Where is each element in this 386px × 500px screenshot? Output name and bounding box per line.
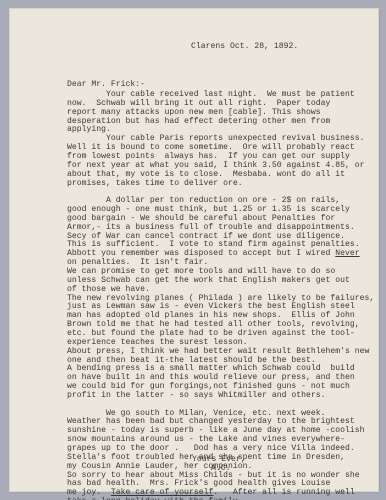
letter-line: We go south to Milan, Venice, etc. next …: [67, 409, 325, 418]
letter-line: applying.: [67, 125, 111, 134]
letter-line: snow mountains around us - the Lake and …: [67, 435, 345, 444]
letter-line: of those we have.: [67, 285, 150, 294]
letter-line: good bargain - We should be careful abou…: [67, 214, 335, 223]
letter-line: on have built in and this would relieve …: [67, 373, 355, 382]
letter-line: promises, takes time to deliver ore.: [67, 179, 243, 188]
letter-line: grapes up to the door . Dod has a very n…: [67, 444, 355, 453]
letter-line: about that, my vote is to close. Mesbaba…: [67, 170, 345, 179]
letter-line: sunshine - today is superb - like a June…: [67, 426, 365, 435]
letter-line: Your cable received last night. We must …: [67, 90, 355, 99]
letter-line: unless Schwab can get the work that Engl…: [67, 276, 350, 285]
letter-line: A dollar per ton reduction on ore - 2$ o…: [67, 196, 340, 205]
letter-line: Your cable Paris reports unexpected revi…: [67, 134, 365, 143]
letter-line: me joy. Take care of yourself. After all…: [67, 488, 355, 497]
letter-line: This is sufficient. I vote to stand firm…: [67, 240, 360, 249]
letter-line: Abbott you remember was disposed to acce…: [67, 249, 360, 258]
salutation: Dear Mr. Frick:-: [67, 80, 145, 89]
underlined-text: Never: [335, 249, 359, 258]
dateline: Clarens Oct. 28, 1892.: [191, 42, 298, 51]
letter-line: About press, I think we had better wait …: [67, 347, 369, 356]
letter-line: Secy of War can cancel contract if we do…: [67, 232, 345, 241]
closing: Yours Ever,: [192, 455, 246, 464]
letter-line: desperation but has had effect detering …: [67, 117, 330, 126]
letter-line: A bending press is a small matter which …: [67, 364, 355, 373]
letter-line: Weather has been bad but changed yesterd…: [67, 417, 355, 426]
letter-page: Clarens Oct. 28, 1892. Dear Mr. Frick:- …: [10, 9, 378, 491]
letter-line: from lowest points always has. If you ca…: [67, 152, 350, 161]
letter-line: one and then beat it-the latest should b…: [67, 356, 316, 365]
letter-line: etc. but found the plate had to be drive…: [67, 329, 355, 338]
letter-line: Brown told me that he had tested all oth…: [67, 320, 360, 329]
letter-line: Armor,- its a business full of trouble a…: [67, 223, 355, 232]
letter-line: We can promise to get more tools and wil…: [67, 267, 335, 276]
letter-line: Well it is bound to come sometime. Ore w…: [67, 143, 355, 152]
letter-line: on penalties. It isn't fair.: [67, 258, 208, 267]
letter-line: profit in the latter - so says Whitmille…: [67, 391, 325, 400]
letter-line: now. Schwab will bring it out all right.…: [67, 99, 330, 108]
letter-line: report many attacks upon new men [cable]…: [67, 108, 321, 117]
letter-line: just as Lewman saw is - even Vickers the…: [67, 302, 355, 311]
letter-line: man has adopted old planes in his new sh…: [67, 311, 355, 320]
letter-line: The new revolving planes ( Philada ) are…: [67, 294, 374, 303]
letter-line: good enough - one must think, but 1.25 o…: [67, 205, 350, 214]
letter-line: we could bid for gun forgings,not finish…: [67, 382, 350, 391]
letter-line: has bad health. Mrs. Frick's good health…: [67, 479, 330, 488]
underlined-text: Take care of yourself: [111, 488, 213, 497]
signature: A.C.: [211, 464, 231, 473]
letter-line: for next year at what you said, I think …: [67, 161, 365, 170]
letter-line: experience teaches the surest lesson.: [67, 338, 247, 347]
